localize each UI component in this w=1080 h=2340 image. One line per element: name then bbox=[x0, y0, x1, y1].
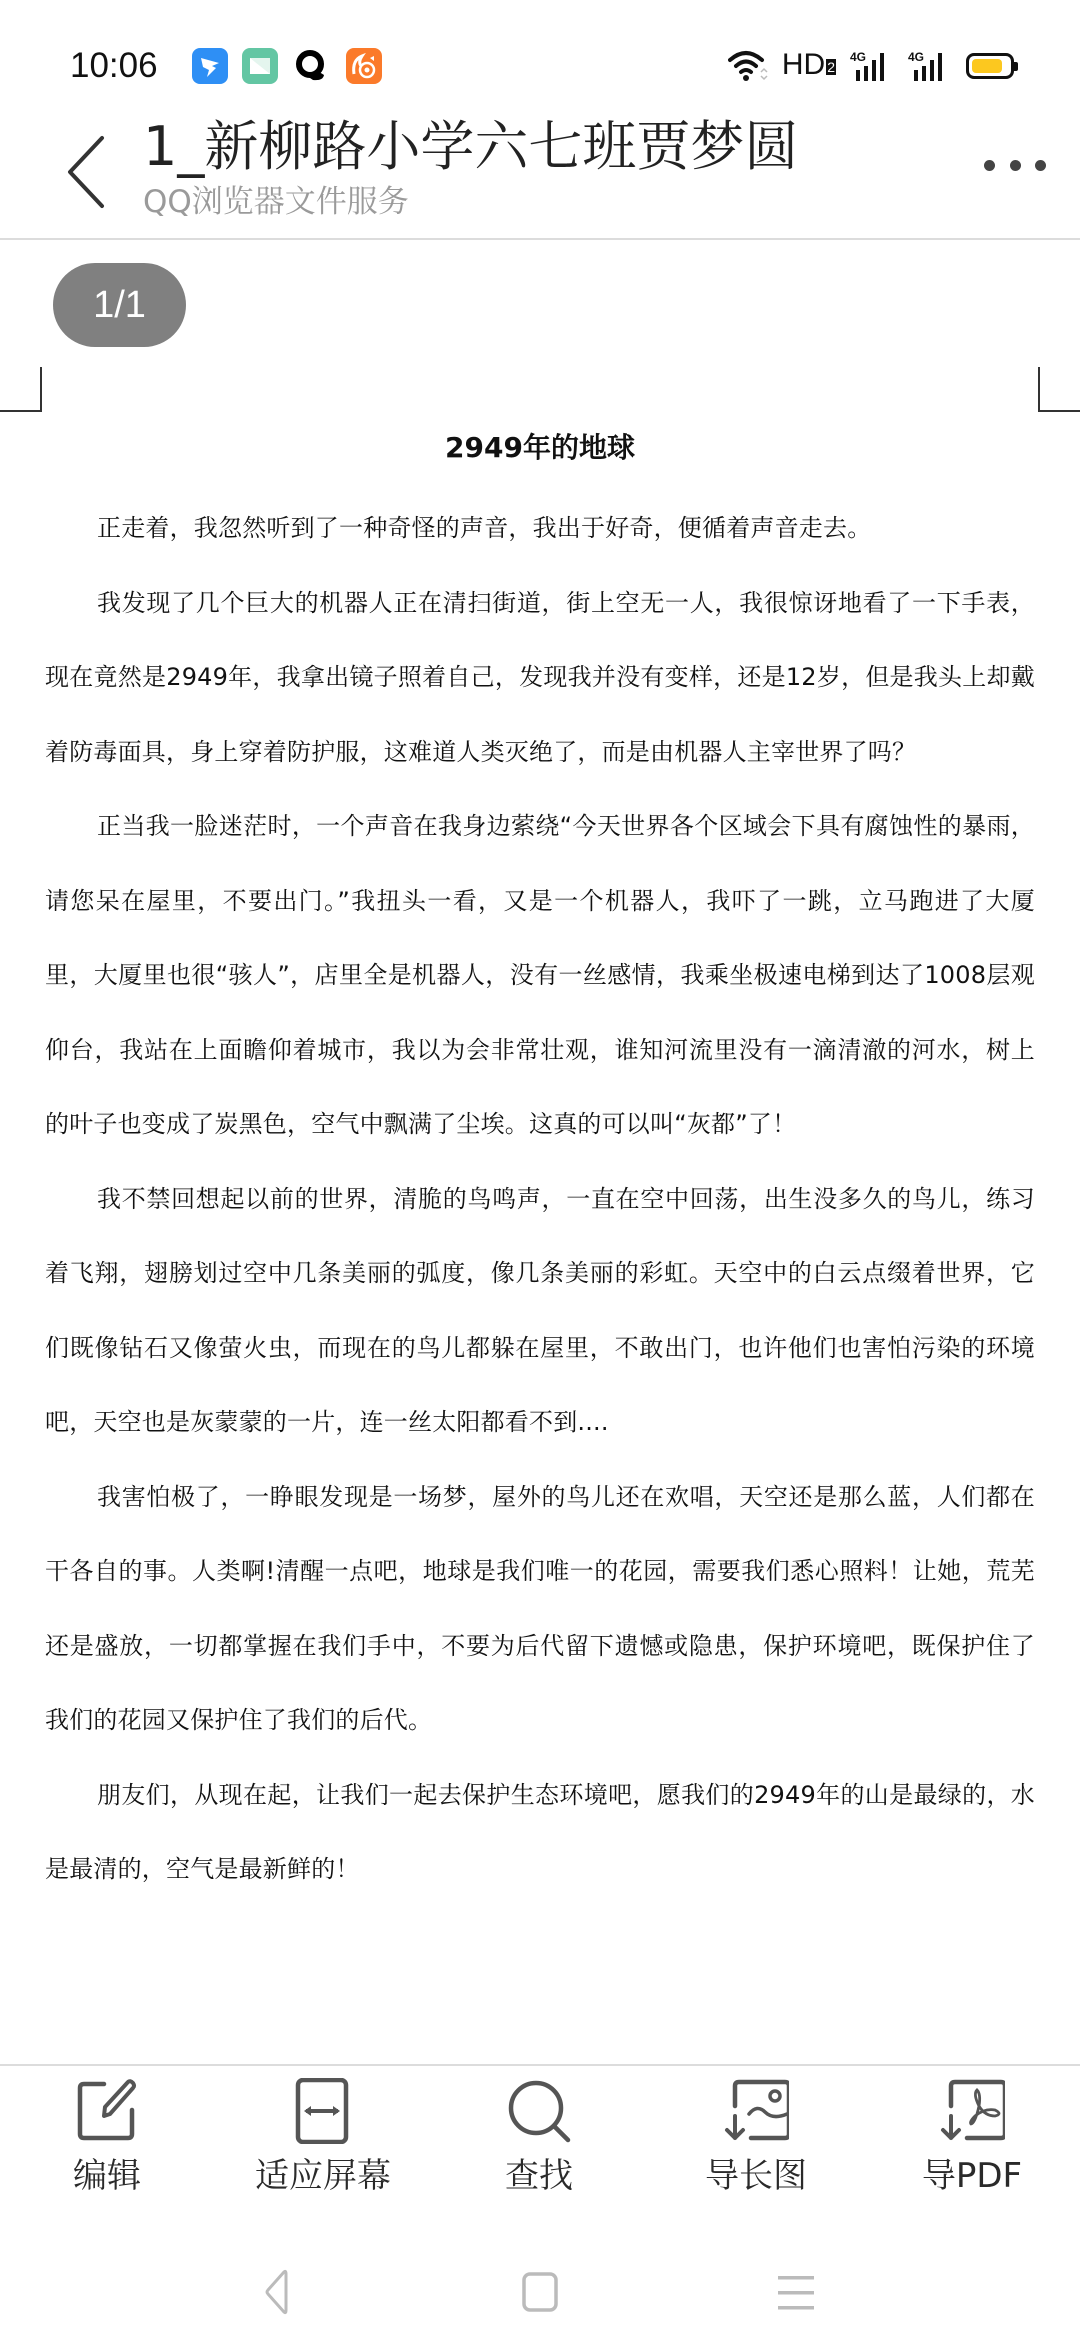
app-header: 1_新柳路小学六七班贾梦圆 QQ浏览器文件服务 bbox=[0, 100, 1080, 240]
nav-back-button[interactable] bbox=[254, 2262, 314, 2322]
export-long-image-icon bbox=[723, 2078, 789, 2144]
fit-screen-label: 适应屏幕 bbox=[255, 2154, 391, 2198]
svg-text:4G: 4G bbox=[850, 50, 866, 64]
fit-screen-icon bbox=[290, 2078, 356, 2144]
paragraph: 我发现了几个巨大的机器人正在清扫街道，街上空无一人，我很惊讶地看了一下手表，现在… bbox=[45, 566, 1035, 790]
search-icon bbox=[506, 2078, 572, 2144]
menu-lines-icon bbox=[768, 2262, 828, 2322]
paragraph: 正当我一脸迷茫时，一个声音在我身边萦绕“今天世界各个区域会下具有腐蚀性的暴雨，请… bbox=[45, 789, 1035, 1162]
nav-home-button[interactable] bbox=[510, 2262, 570, 2322]
status-bar: 10:06 HD2 4G bbox=[0, 0, 1080, 100]
paragraph: 朋友们，从现在起，让我们一起去保护生态环境吧，愿我们的2949年的山是最绿的，水… bbox=[45, 1758, 1035, 1907]
document-title: 1_新柳路小学六七班贾梦圆 bbox=[143, 112, 798, 182]
status-time: 10:06 bbox=[70, 44, 158, 88]
paragraph: 我不禁回想起以前的世界，清脆的鸟鸣声，一直在空中回荡，出生没多久的鸟儿，练习着飞… bbox=[45, 1162, 1035, 1460]
qq-browser-icon bbox=[293, 48, 329, 84]
message-icon bbox=[242, 48, 278, 84]
system-nav-bar bbox=[0, 2240, 1080, 2340]
page-corner-mark-left bbox=[0, 367, 42, 412]
export-pdf-label: 导PDF bbox=[922, 2154, 1022, 2198]
paragraph: 我害怕极了，一睁眼发现是一场梦，屋外的鸟儿还在欢唱，天空还是那么蓝，人们都在干各… bbox=[45, 1460, 1035, 1758]
battery-icon bbox=[966, 53, 1014, 79]
more-options-button[interactable] bbox=[980, 140, 1050, 190]
page-corner-mark-right bbox=[1038, 367, 1080, 412]
battery-level bbox=[972, 59, 1002, 73]
dingtalk-icon bbox=[192, 48, 228, 84]
export-pdf-button[interactable]: 导PDF bbox=[882, 2078, 1062, 2208]
find-button[interactable]: 查找 bbox=[449, 2078, 629, 2208]
export-long-image-label: 导长图 bbox=[705, 2154, 807, 2198]
paragraph: 正走着，我忽然听到了一种奇怪的声音，我出于好奇，便循着声音走去。 bbox=[45, 491, 1035, 566]
fit-screen-button[interactable]: 适应屏幕 bbox=[233, 2078, 413, 2208]
square-home-icon bbox=[510, 2262, 570, 2322]
find-label: 查找 bbox=[505, 2154, 573, 2198]
nav-recents-button[interactable] bbox=[768, 2262, 828, 2322]
export-pdf-icon bbox=[939, 2078, 1005, 2144]
hd-voice-indicator: HD2 bbox=[782, 47, 836, 84]
svg-text:4G: 4G bbox=[908, 50, 924, 64]
more-dot-icon bbox=[1010, 160, 1021, 171]
export-long-image-button[interactable]: 导长图 bbox=[666, 2078, 846, 2208]
screen: 10:06 HD2 4G bbox=[0, 0, 1080, 2340]
triangle-back-icon bbox=[254, 2262, 314, 2322]
bottom-toolbar: 编辑 适应屏幕 查找 导长图 bbox=[0, 2064, 1080, 2214]
page-indicator: 1/1 bbox=[53, 263, 186, 347]
more-dot-icon bbox=[1035, 160, 1046, 171]
uc-browser-icon bbox=[346, 48, 382, 84]
back-button[interactable] bbox=[62, 130, 112, 210]
signal-4g-icon-1: 4G bbox=[850, 50, 894, 82]
document-source: QQ浏览器文件服务 bbox=[143, 182, 409, 222]
status-indicators: HD2 4G 4G bbox=[728, 48, 1014, 84]
edit-label: 编辑 bbox=[73, 2154, 141, 2198]
essay-title: 2949年的地球 bbox=[45, 420, 1035, 476]
signal-4g-icon-2: 4G bbox=[908, 50, 952, 82]
wifi-icon bbox=[728, 50, 768, 82]
document-body: 2949年的地球 正走着，我忽然听到了一种奇怪的声音，我出于好奇，便循着声音走去… bbox=[45, 420, 1035, 1907]
more-dot-icon bbox=[984, 160, 995, 171]
chevron-left-icon bbox=[62, 130, 112, 210]
edit-button[interactable]: 编辑 bbox=[17, 2078, 197, 2208]
edit-icon bbox=[74, 2078, 140, 2144]
